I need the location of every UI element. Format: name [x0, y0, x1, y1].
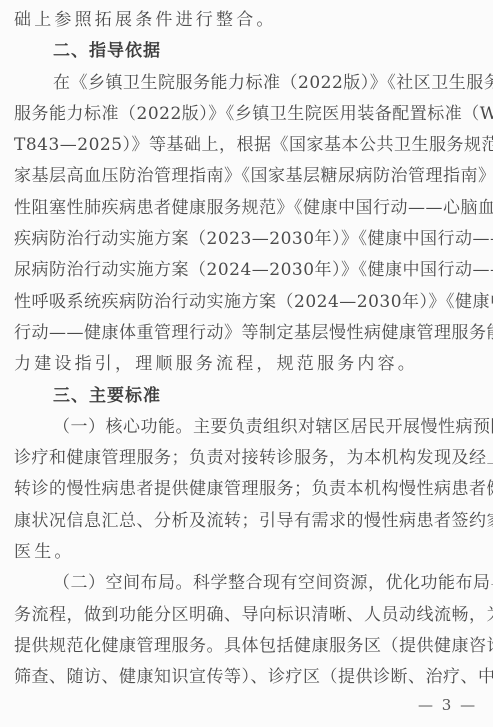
- paragraph-line: 行动——健康体重管理行动》等制定基层慢性病健康管理服务能: [14, 318, 482, 349]
- paragraph-line: （一）核心功能。主要负责组织对辖区居民开展慢性病预防、: [14, 412, 482, 443]
- section-heading-main-standards: 三、主要标准: [14, 381, 482, 412]
- paragraph-line: 诊疗和健康管理服务；负责对接转诊服务，为本机构发现及经上下: [14, 443, 482, 474]
- paragraph-line: 在《乡镇卫生院服务能力标准（2022版）》《社区卫生服务中心: [14, 68, 482, 99]
- paragraph-line: 筛查、随访、健康知识宣传等）、诊疗区（提供诊断、治疗、中医药特: [14, 662, 482, 693]
- document-page: 础上参照拓展条件进行整合。 二、指导依据 在《乡镇卫生院服务能力标准（2022版…: [14, 5, 482, 694]
- paragraph-line: 康状况信息汇总、分析及流转；引导有需求的慢性病患者签约家庭: [14, 506, 482, 537]
- paragraph-line: 力建设指引，理顺服务流程，规范服务内容。: [14, 349, 482, 380]
- paragraph-line: 服务能力标准（2022版）》《乡镇卫生院医用装备配置标准（WS/: [14, 99, 482, 130]
- paragraph-line: 础上参照拓展条件进行整合。: [14, 5, 482, 36]
- paragraph-line: 提供规范化健康管理服务。具体包括健康服务区（提供健康咨询、: [14, 631, 482, 662]
- paragraph-line: T843—2025）》等基础上，根据《国家基本公共卫生服务规范》《国: [14, 130, 482, 161]
- paragraph-line: 性阻塞性肺疾病患者健康服务规范》《健康中国行动——心脑血管: [14, 193, 482, 224]
- paragraph-line: （二）空间布局。科学整合现有空间资源，优化功能布局与服: [14, 568, 482, 599]
- paragraph-line: 尿病防治行动实施方案（2024—2030年）》《健康中国行动——慢: [14, 255, 482, 286]
- section-heading-guidance-basis: 二、指导依据: [14, 36, 482, 67]
- paragraph-line: 医生。: [14, 537, 482, 568]
- paragraph-line: 疾病防治行动实施方案（2023—2030年）》《健康中国行动——糖: [14, 224, 482, 255]
- page-number: — 3 —: [418, 696, 477, 714]
- paragraph-line: 务流程，做到功能分区明确、导向标识清晰、人员动线流畅，为居民: [14, 600, 482, 631]
- paragraph-line: 转诊的慢性病患者提供健康管理服务；负责本机构慢性病患者健: [14, 474, 482, 505]
- paragraph-line: 家基层高血压防治管理指南》《国家基层糖尿病防治管理指南》《慢: [14, 161, 482, 192]
- paragraph-line: 性呼吸系统疾病防治行动实施方案（2024—2030年）》《健康中国: [14, 287, 482, 318]
